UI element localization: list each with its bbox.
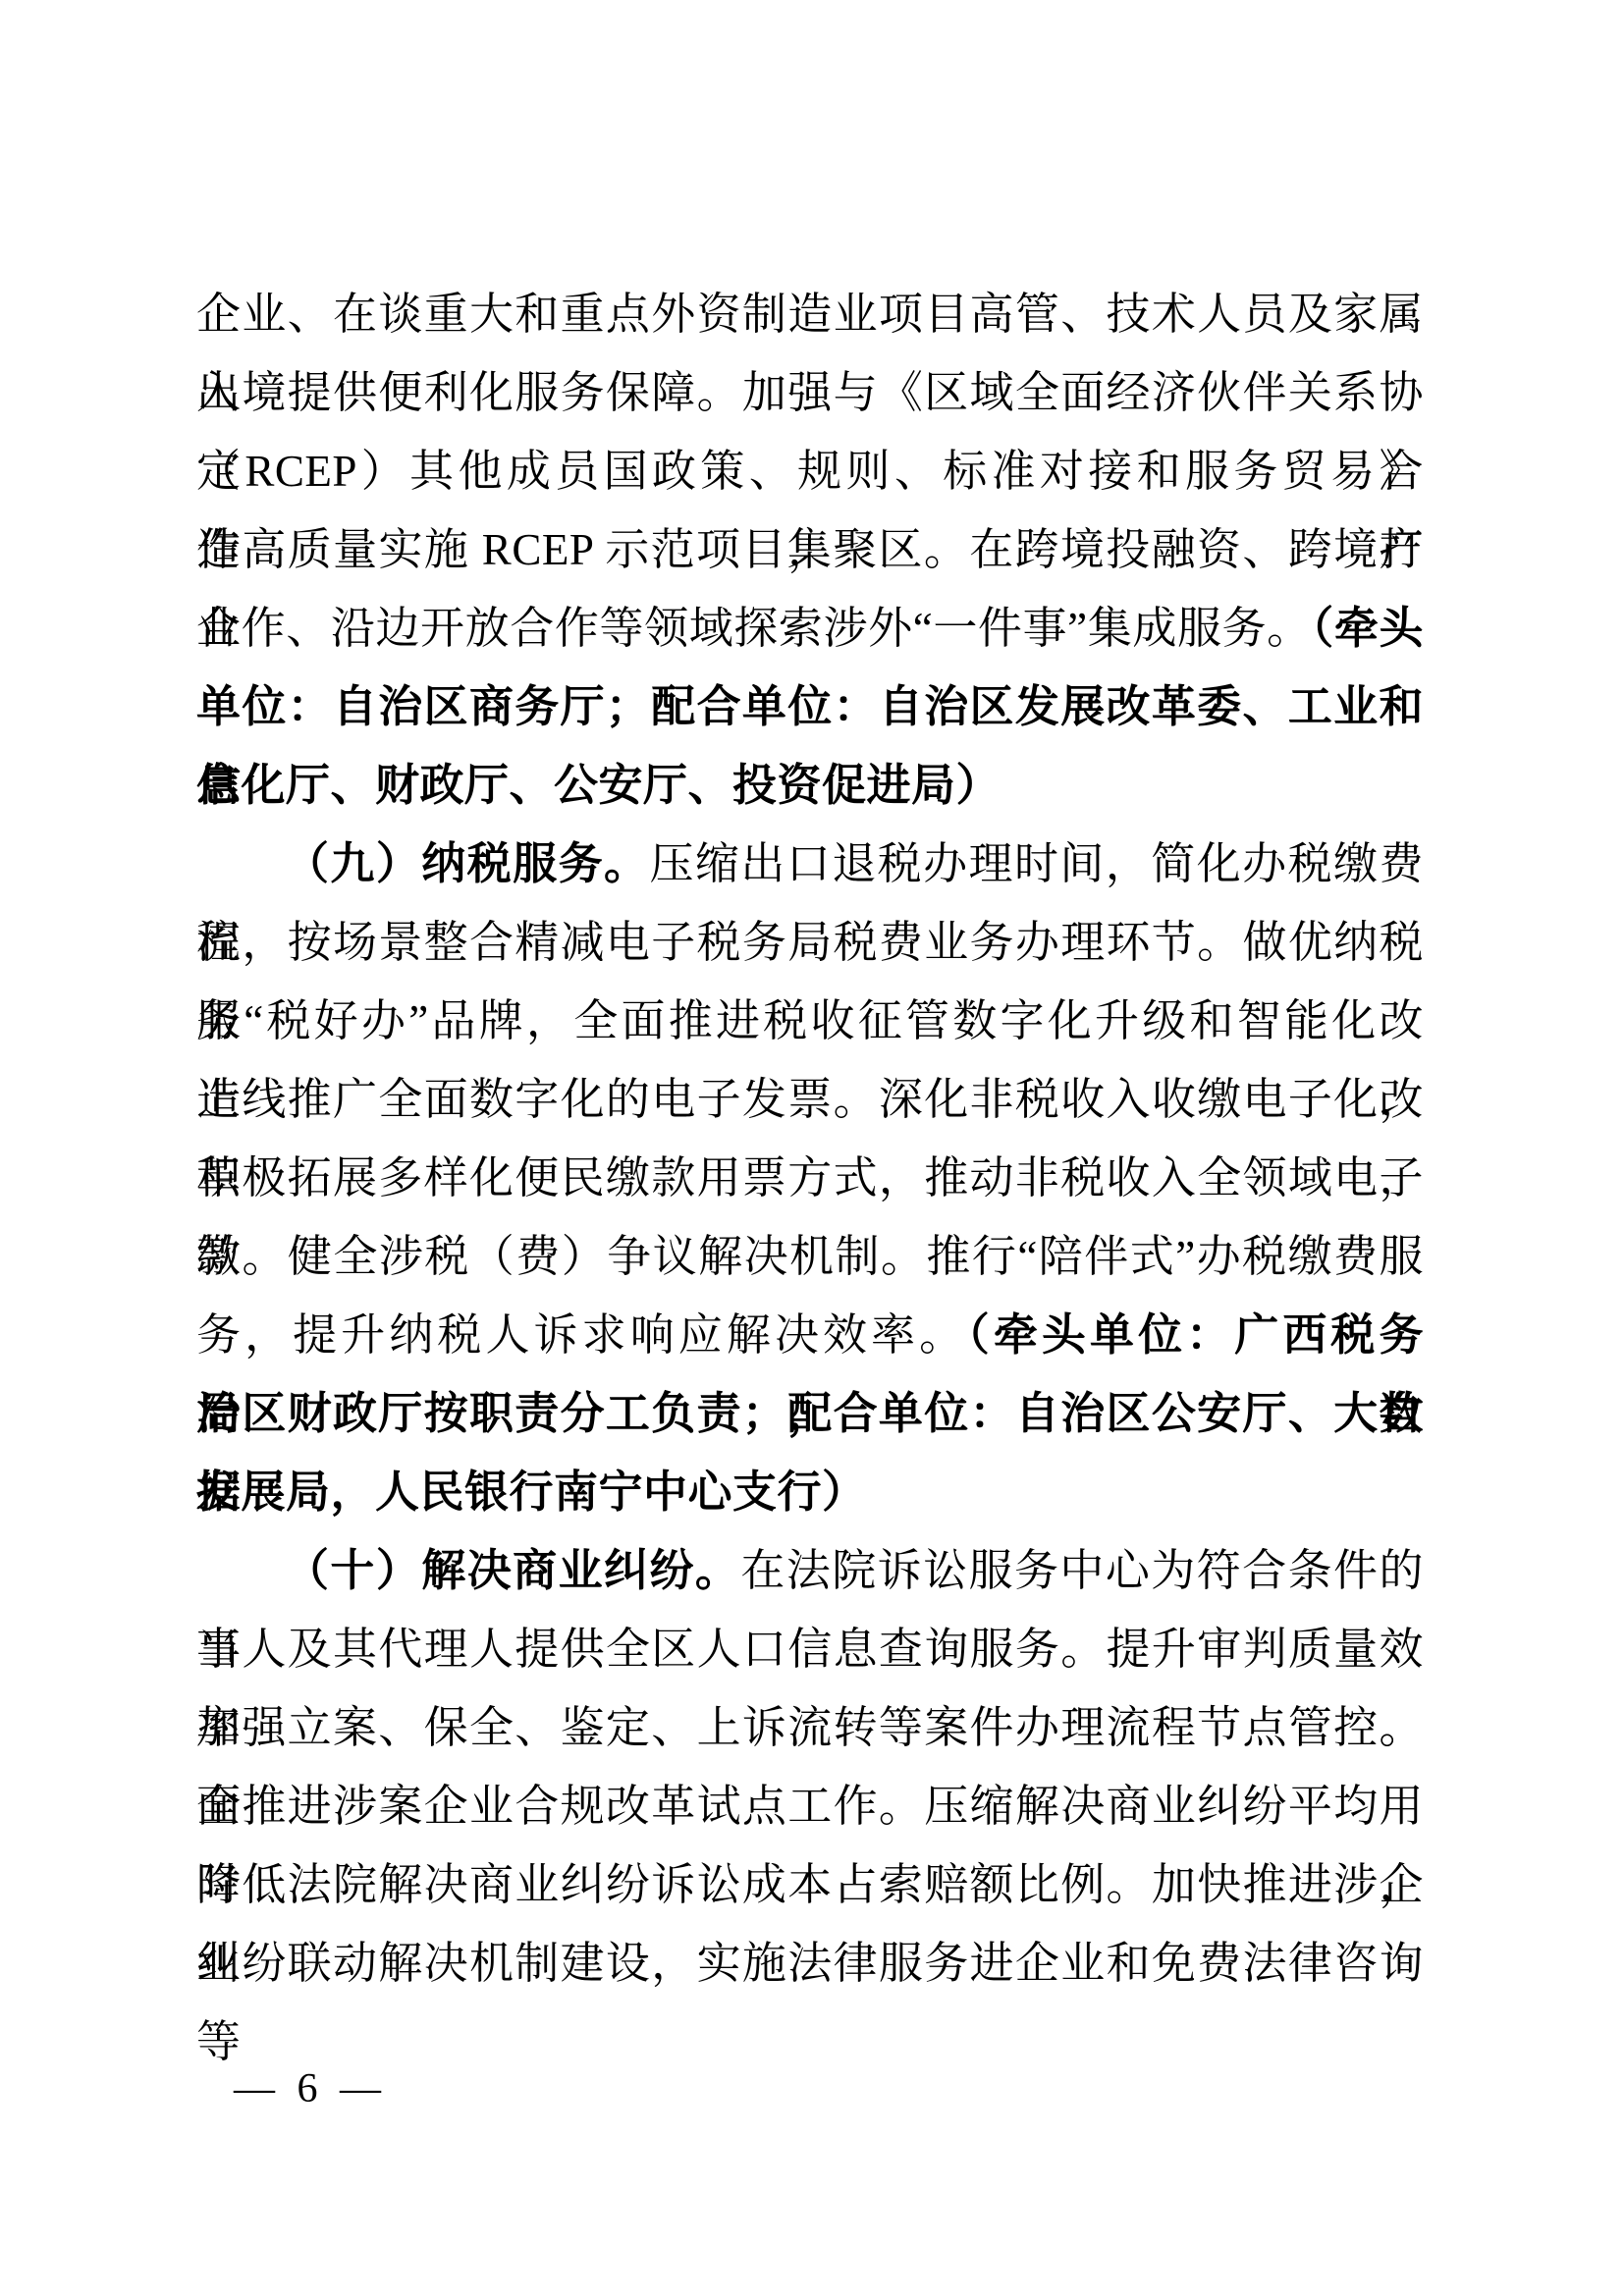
text-line-2: 入境提供便利化服务保障。加强与《区域全面经济伙伴关系协定》	[196, 353, 1424, 432]
text-line-16: 发展局，人民银行南宁中心支行）	[196, 1453, 1424, 1531]
text-line-6: 单位：自治区商务厅；配合单位：自治区发展改革委、工业和信	[196, 667, 1424, 746]
text-line-12: 积极拓展多样化便民缴款用票方式，推动非税收入全领域电子缴	[196, 1139, 1424, 1217]
text-line-5: 合作、沿边开放合作等领域探索涉外“一件事”集成服务。（牵头	[196, 589, 1424, 667]
text-line-19: 加强立案、保全、鉴定、上诉流转等案件办理流程节点管控。全	[196, 1688, 1424, 1767]
text-block: 企业、在谈重大和重点外资制造业项目高管、技术人员及家属出入境提供便利化服务保障。…	[196, 275, 1424, 2002]
text-line-20: 面推进涉案企业合规改革试点工作。压缩解决商业纠纷平均用时，	[196, 1767, 1424, 1845]
text-line-17: （十）解决商业纠纷。在法院诉讼服务中心为符合条件的当	[196, 1531, 1424, 1610]
text-line-18: 事人及其代理人提供全区人口信息查询服务。提升审判质量效率。	[196, 1610, 1424, 1688]
text-line-10: 务“税好办”品牌，全面推进税收征管数字化升级和智能化改造，	[196, 982, 1424, 1060]
text-line-9: 程，按场景整合精减电子税务局税费业务办理环节。做优纳税服	[196, 903, 1424, 982]
text-line-15: 治区财政厅按职责分工负责；配合单位：自治区公安厅、大数据	[196, 1374, 1424, 1453]
emphasis-text-segment: （十）解决商业纠纷。	[285, 1546, 740, 1595]
text-line-13: 款。健全涉税（费）争议解决机制。推行“陪伴式”办税缴费服	[196, 1217, 1424, 1296]
text-line-3: （RCEP）其他成员国政策、规则、标准对接和服务贸易合作，打	[196, 432, 1424, 510]
text-line-14: 务，提升纳税人诉求响应解决效率。（牵头单位：广西税务局，自	[196, 1296, 1424, 1374]
body-text-segment: 款。健全涉税（费）争议解决机制。推行“陪伴式”办税缴费服	[196, 1232, 1424, 1281]
text-line-4: 造高质量实施 RCEP 示范项目集聚区。在跨境投融资、跨境产业	[196, 510, 1424, 589]
emphasis-text-segment: 发展局，人民银行南宁中心支行）	[196, 1468, 867, 1517]
emphasis-text-segment: （牵头	[1312, 604, 1424, 653]
document-page: 企业、在谈重大和重点外资制造业项目高管、技术人员及家属出入境提供便利化服务保障。…	[0, 0, 1624, 2296]
text-line-21: 降低法院解决商业纠纷诉讼成本占索赔额比例。加快推进涉企业	[196, 1845, 1424, 1924]
text-line-7: 息化厅、财政厅、公安厅、投资促进局）	[196, 746, 1424, 825]
emphasis-text-segment: 息化厅、财政厅、公安厅、投资促进局）	[196, 761, 1001, 810]
body-text-segment: 合作、沿边开放合作等领域探索涉外“一件事”集成服务。	[196, 604, 1312, 653]
text-line-8: （九）纳税服务。压缩出口退税办理时间，简化办税缴费流	[196, 825, 1424, 903]
emphasis-text-segment: （九）纳税服务。	[285, 839, 650, 888]
text-line-1: 企业、在谈重大和重点外资制造业项目高管、技术人员及家属出	[196, 275, 1424, 353]
text-line-11: 上线推广全面数字化的电子发票。深化非税收入收缴电子化改革，	[196, 1060, 1424, 1139]
text-line-22: 纠纷联动解决机制建设，实施法律服务进企业和免费法律咨询等	[196, 1924, 1424, 2002]
page-number: — 6 —	[234, 2059, 387, 2118]
body-text-segment: 务，提升纳税人诉求响应解决效率。	[196, 1310, 967, 1360]
body-text-segment: 纠纷联动解决机制建设，实施法律服务进企业和免费法律咨询等	[196, 1939, 1424, 2066]
